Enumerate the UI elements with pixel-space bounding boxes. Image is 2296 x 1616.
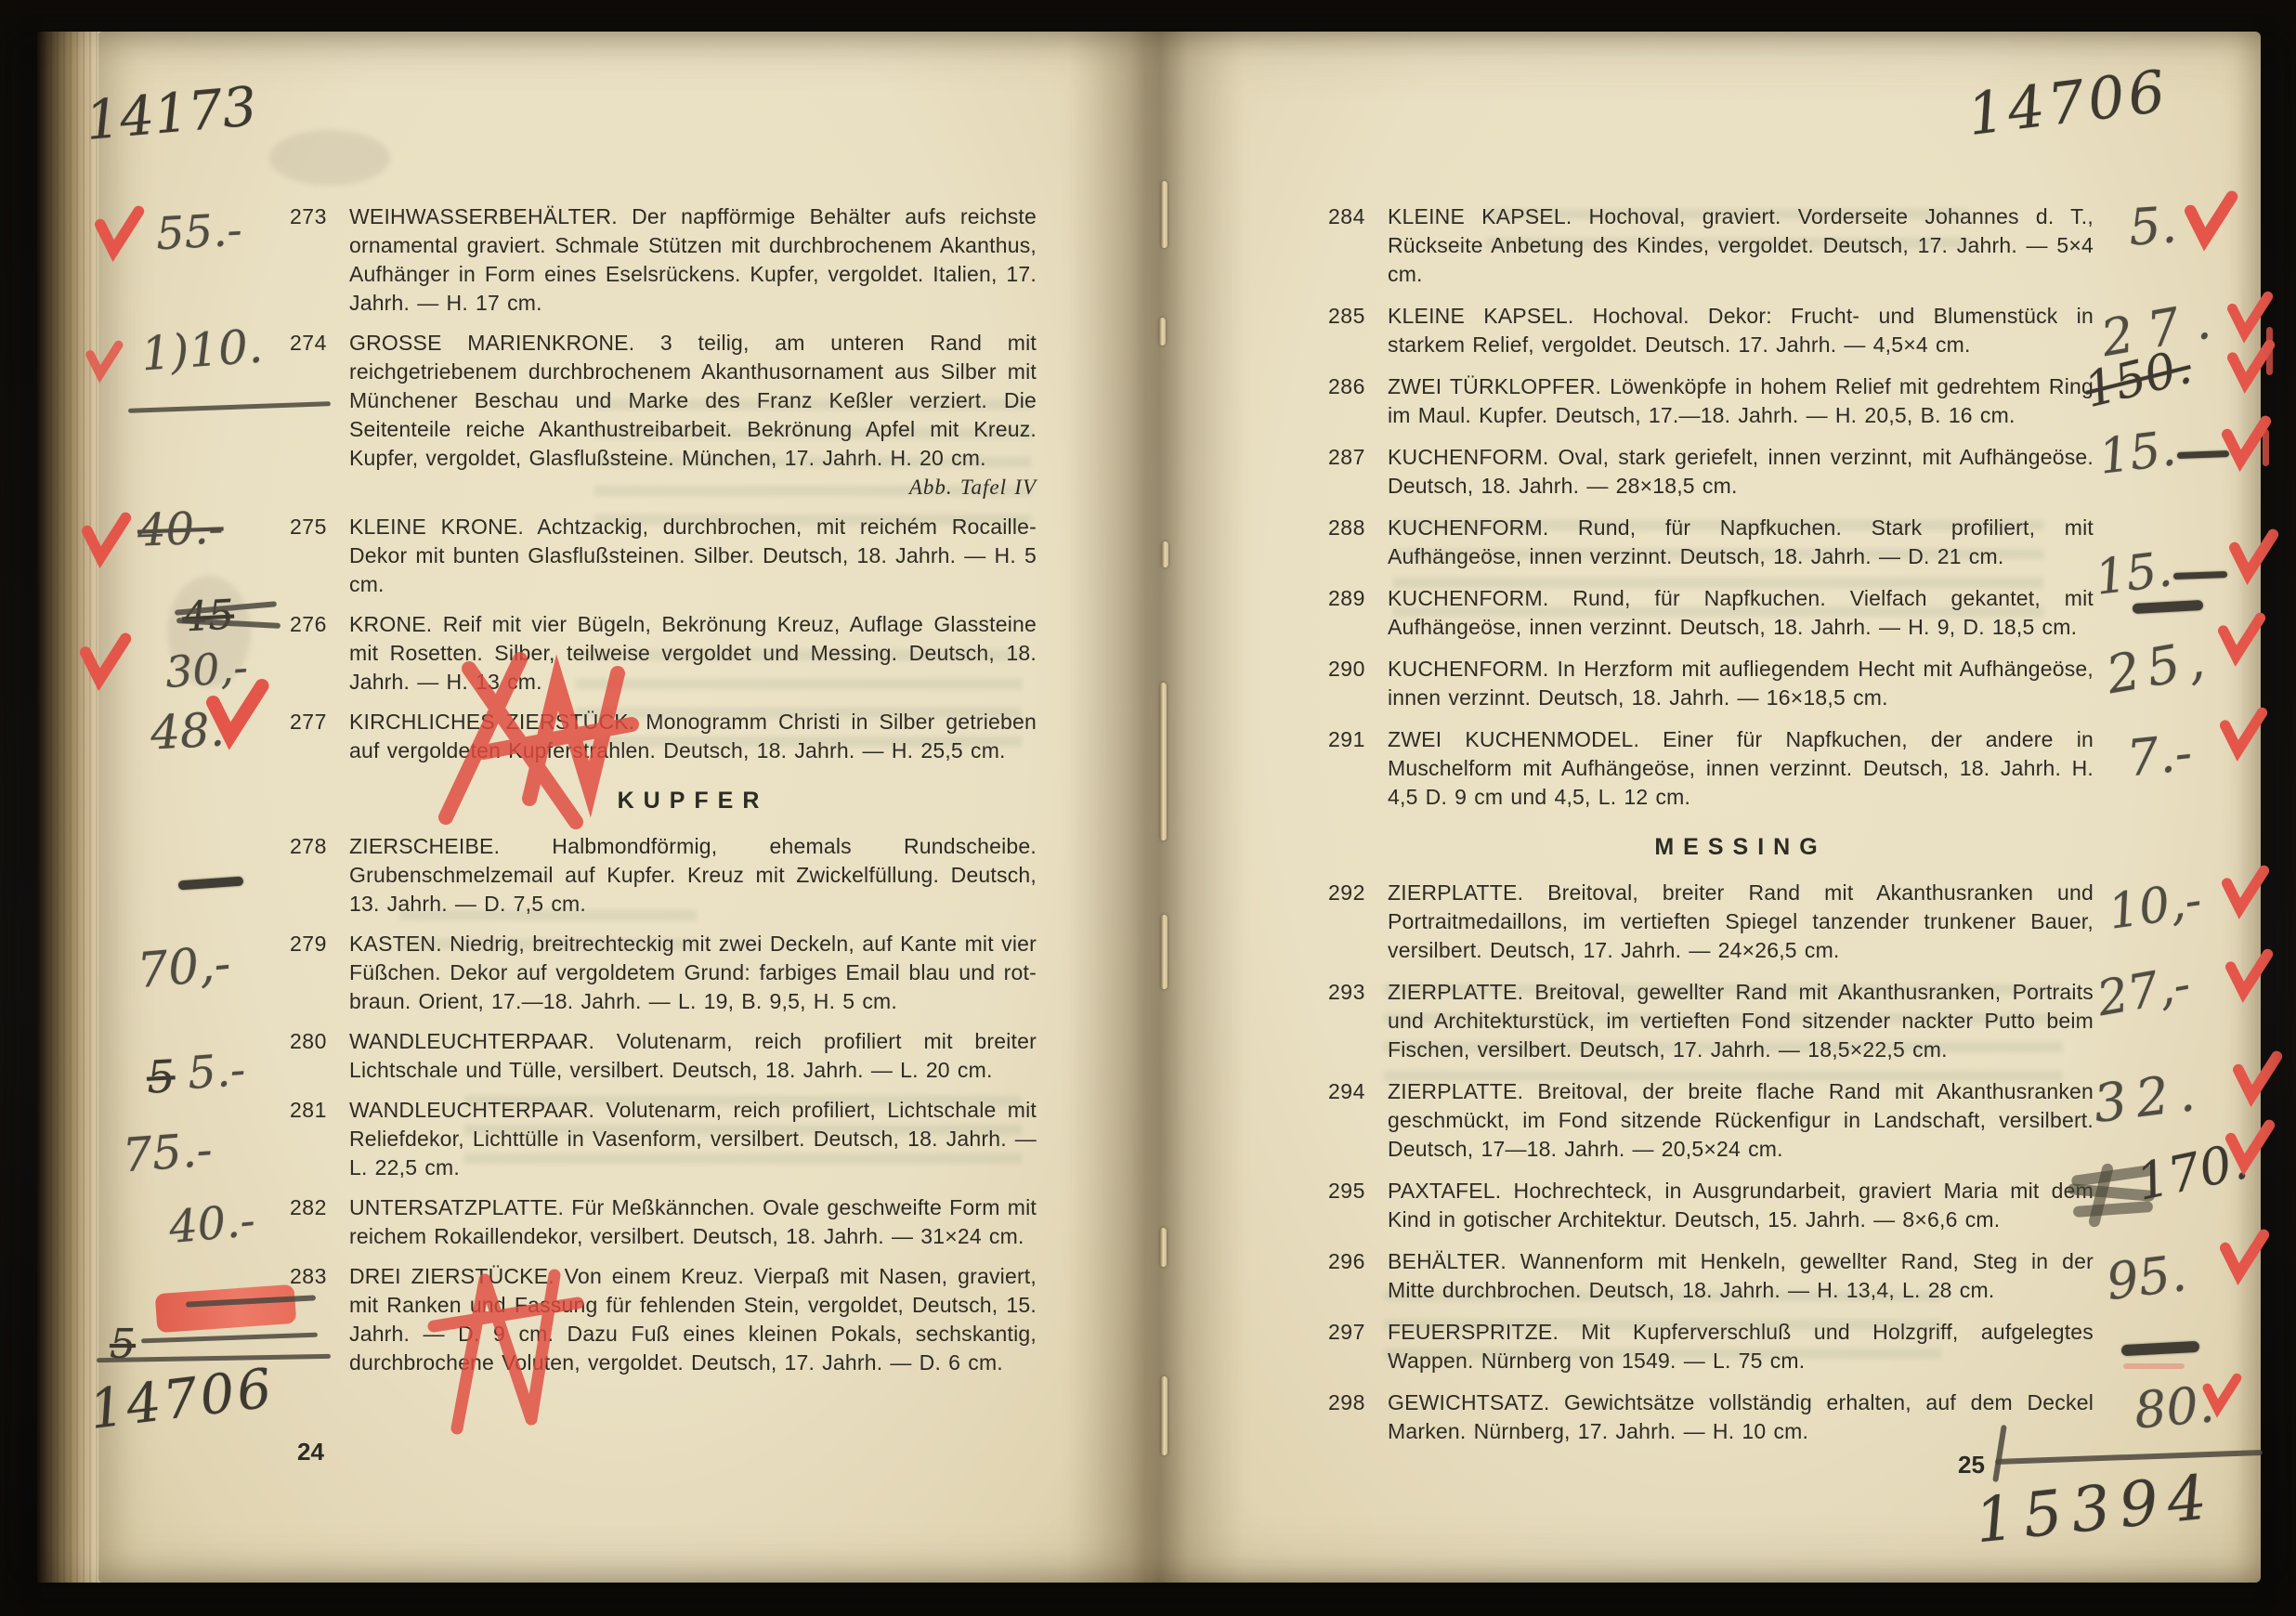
lot-number: 286 bbox=[1328, 372, 1378, 401]
margin-price-291: 7.- bbox=[2124, 723, 2195, 788]
red-edge-tick bbox=[2266, 327, 2273, 375]
lot-description: ZIERPLATTE. Breitoval, breiter Rand mit … bbox=[1388, 880, 2094, 962]
catalog-entry-275: 275 KLEINE KRONE. Achtzackig, durchbroch… bbox=[349, 513, 1037, 599]
lot-number: 287 bbox=[1328, 443, 1378, 472]
lot-description: KUCHENFORM. Oval, stark geriefelt, innen… bbox=[1388, 445, 2094, 498]
lot-number: 274 bbox=[290, 329, 340, 358]
red-checkmark-icon bbox=[95, 206, 143, 258]
red-checkmark-icon bbox=[82, 513, 130, 565]
lot-number: 294 bbox=[1328, 1077, 1378, 1106]
lot-number: 285 bbox=[1328, 302, 1378, 331]
red-checkmark-icon bbox=[2225, 949, 2272, 999]
margin-price-273: 55.- bbox=[155, 204, 243, 261]
catalog-entry-292: 292 ZIERPLATTE. Breitoval, breiter Rand … bbox=[1388, 879, 2094, 965]
margin-price-276-struck: 45 bbox=[181, 592, 236, 642]
lot-description: KUCHENFORM. In Herzform mit aufliegendem… bbox=[1388, 657, 2094, 710]
margin-price-282: 40.- bbox=[167, 1194, 257, 1254]
catalog-entry-274: 274 GROSSE MARIENKRONE. 3 teilig, am unt… bbox=[349, 329, 1037, 502]
page-number-25: 25 bbox=[1958, 1451, 1985, 1479]
margin-price-284: 5. bbox=[2127, 195, 2179, 256]
margin-price-296: 95. bbox=[2103, 1244, 2189, 1311]
red-checkmark-icon bbox=[85, 342, 123, 379]
catalog-entry-280: 280 WANDLEUCHTERPAAR. Volutenarm, reich … bbox=[349, 1027, 1037, 1085]
binding-stitch bbox=[1161, 181, 1168, 248]
red-checkmark-icon bbox=[2227, 292, 2272, 340]
margin-price-275-struck: 40.- bbox=[137, 502, 224, 556]
lot-description: PAXTAFEL. Hochrechteck, in Ausgrundarbei… bbox=[1388, 1179, 2094, 1232]
lot-description: ZIERPLATTE. Breitoval, der breite flache… bbox=[1388, 1079, 2094, 1161]
lot-number: 281 bbox=[290, 1096, 340, 1125]
red-checkmark-icon bbox=[2203, 1375, 2240, 1414]
lot-description: KLEINE KAPSEL. Hochoval, graviert. Vorde… bbox=[1388, 204, 2094, 286]
catalog-entry-291: 291 ZWEI KUCHENMODEL. Einer für Napfkuch… bbox=[1388, 725, 2094, 812]
margin-price-279: 70,- bbox=[136, 936, 233, 1000]
lot-number: 293 bbox=[1328, 978, 1378, 1007]
plate-reference: Abb. Tafel IV bbox=[349, 473, 1037, 502]
lot-description: GEWICHTSATZ. Gewichtsätze vollständig er… bbox=[1388, 1390, 2094, 1443]
catalog-entry-296: 296 BEHÄLTER. Wannenform mit Henkeln, ge… bbox=[1388, 1247, 2094, 1305]
red-checkmark-icon bbox=[2222, 866, 2268, 916]
catalog-entry-294: 294 ZIERPLATTE. Breitoval, der breite fl… bbox=[1388, 1077, 2094, 1164]
catalog-entry-297: 297 FEUERSPRITZE. Mit Kupferverschluß un… bbox=[1388, 1318, 2094, 1375]
lot-number: 296 bbox=[1328, 1247, 1378, 1276]
catalog-entry-279: 279 KASTEN. Niedrig, breitrechteckig mit… bbox=[349, 930, 1037, 1016]
lot-number: 278 bbox=[290, 832, 340, 861]
catalog-entry-290: 290 KUCHENFORM. In Herzform mit aufliege… bbox=[1388, 655, 2094, 712]
binding-stitch bbox=[1160, 1228, 1167, 1267]
lot-number: 279 bbox=[290, 930, 340, 958]
lot-number: 289 bbox=[1328, 584, 1378, 613]
catalog-entry-293: 293 ZIERPLATTE. Breitoval, gewellter Ran… bbox=[1388, 978, 2094, 1064]
red-checkmark-icon bbox=[2220, 708, 2266, 758]
lot-description: KUCHENFORM. Rund, für Napfkuchen. Vielfa… bbox=[1388, 586, 2094, 639]
lot-number: 277 bbox=[290, 708, 340, 736]
catalog-entry-288: 288 KUCHENFORM. Rund, für Napfkuchen. St… bbox=[1388, 514, 2094, 571]
binding-stitch bbox=[1161, 1376, 1168, 1455]
red-edge-tick bbox=[2263, 429, 2269, 466]
lot-number: 280 bbox=[290, 1027, 340, 1056]
catalog-entry-273: 273 WEIHWASSERBEHÄLTER. Der napfförmige … bbox=[349, 202, 1037, 318]
margin-price-288: 15. bbox=[2093, 541, 2175, 606]
lot-number: 273 bbox=[290, 202, 340, 231]
lot-description: UNTERSATZPLATTE. Für Meßkännchen. Ovale … bbox=[349, 1195, 1037, 1248]
red-checkmark-icon bbox=[2185, 191, 2237, 247]
red-checkmark-icon bbox=[2233, 1051, 2281, 1103]
book-spread: 273 WEIHWASSERBEHÄLTER. Der napfförmige … bbox=[0, 0, 2296, 1616]
lot-number: 284 bbox=[1328, 202, 1378, 231]
red-checkmark-icon bbox=[2220, 1230, 2268, 1282]
struck-digit: 5 bbox=[110, 1321, 136, 1368]
red-checkmark-icon bbox=[80, 633, 130, 687]
binding-stitch bbox=[1159, 318, 1166, 345]
lot-description: KLEINE KAPSEL. Hochoval. Dekor: Frucht- … bbox=[1388, 304, 2094, 357]
lot-description: ZIERSCHEIBE. Halbmondförmig, ehemals Run… bbox=[349, 834, 1037, 916]
catalog-entry-284: 284 KLEINE KAPSEL. Hochoval, graviert. V… bbox=[1388, 202, 2094, 289]
red-checkmark-icon bbox=[206, 680, 267, 745]
catalog-entry-285: 285 KLEINE KAPSEL. Hochoval. Dekor: Fruc… bbox=[1388, 302, 2094, 359]
catalog-entry-295: 295 PAXTAFEL. Hochrechteck, in Ausgrunda… bbox=[1388, 1177, 2094, 1234]
lot-description: KUCHENFORM. Rund, für Napfkuchen. Stark … bbox=[1388, 515, 2094, 568]
binding-stitch bbox=[1161, 915, 1168, 989]
pencil-smear bbox=[269, 130, 390, 186]
lot-number: 292 bbox=[1328, 879, 1378, 907]
right-page-column: 284 KLEINE KAPSEL. Hochoval, graviert. V… bbox=[1388, 202, 2094, 1459]
lot-number: 275 bbox=[290, 513, 340, 541]
margin-price-281: 75.- bbox=[121, 1123, 214, 1183]
page-edge-stack bbox=[37, 32, 102, 1583]
catalog-entry-298: 298 GEWICHTSATZ. Gewichtsätze vollständi… bbox=[1388, 1388, 2094, 1446]
margin-price-287: 15. bbox=[2096, 421, 2179, 486]
lot-description: KLEINE KRONE. Achtzackig, durchbrochen, … bbox=[349, 515, 1037, 596]
lot-number: 295 bbox=[1328, 1177, 1378, 1205]
catalog-entry-287: 287 KUCHENFORM. Oval, stark geriefelt, i… bbox=[1388, 443, 2094, 501]
red-checkmark-icon bbox=[2229, 529, 2277, 581]
margin-price-280: 5.- bbox=[186, 1044, 247, 1100]
catalog-entry-289: 289 KUCHENFORM. Rund, für Napfkuchen. Vi… bbox=[1388, 584, 2094, 642]
lot-description: ZIERPLATTE. Breitoval, gewellter Rand mi… bbox=[1388, 980, 2094, 1062]
lot-number: 288 bbox=[1328, 514, 1378, 542]
binding-stitch bbox=[1160, 683, 1167, 841]
lot-description: BEHÄLTER. Wannenform mit Henkeln, gewell… bbox=[1388, 1249, 2094, 1302]
lot-number: 283 bbox=[290, 1262, 340, 1291]
lot-description: FEUERSPRITZE. Mit Kupferverschluß und Ho… bbox=[1388, 1320, 2094, 1373]
red-checkmark-icon bbox=[2218, 613, 2264, 663]
section-heading-messing: MESSING bbox=[1388, 828, 2094, 866]
margin-price-280-struck: 5 bbox=[146, 1050, 176, 1104]
red-faint-line bbox=[2123, 1363, 2185, 1369]
lot-number: 276 bbox=[290, 610, 340, 639]
lot-description: WEIHWASSERBEHÄLTER. Der napfförmige Behä… bbox=[349, 204, 1037, 315]
lot-number: 291 bbox=[1328, 725, 1378, 754]
lot-number: 290 bbox=[1328, 655, 1378, 684]
lot-description: KASTEN. Niedrig, breitrechteckig mit zwe… bbox=[349, 932, 1037, 1013]
lot-description: ZWEI TÜRKLOPFER. Löwenköpfe in hohem Rel… bbox=[1388, 374, 2094, 427]
binding-stitch bbox=[1162, 541, 1168, 567]
red-scribble bbox=[418, 641, 659, 845]
lot-description: ZWEI KUCHENMODEL. Einer für Napfkuchen, … bbox=[1388, 727, 2094, 809]
lot-description: WANDLEUCHTERPAAR. Volutenarm, reich prof… bbox=[349, 1098, 1037, 1179]
catalog-entry-281: 281 WANDLEUCHTERPAAR. Volutenarm, reich … bbox=[349, 1096, 1037, 1182]
lot-number: 298 bbox=[1328, 1388, 1378, 1417]
lot-number: 297 bbox=[1328, 1318, 1378, 1347]
lot-number: 282 bbox=[290, 1193, 340, 1222]
red-scribble bbox=[420, 1261, 596, 1447]
page-number-24: 24 bbox=[297, 1438, 324, 1466]
catalog-entry-286: 286 ZWEI TÜRKLOPFER. Löwenköpfe in hohem… bbox=[1388, 372, 2094, 430]
catalog-entry-282: 282 UNTERSATZPLATTE. Für Meßkännchen. Ov… bbox=[349, 1193, 1037, 1251]
margin-price-274: 1)10. bbox=[139, 319, 265, 382]
red-checkmark-icon bbox=[2225, 1120, 2274, 1172]
lot-description: WANDLEUCHTERPAAR. Volutenarm, reich prof… bbox=[349, 1029, 1037, 1082]
lot-description: GROSSE MARIENKRONE. 3 teilig, am unteren… bbox=[349, 331, 1037, 470]
